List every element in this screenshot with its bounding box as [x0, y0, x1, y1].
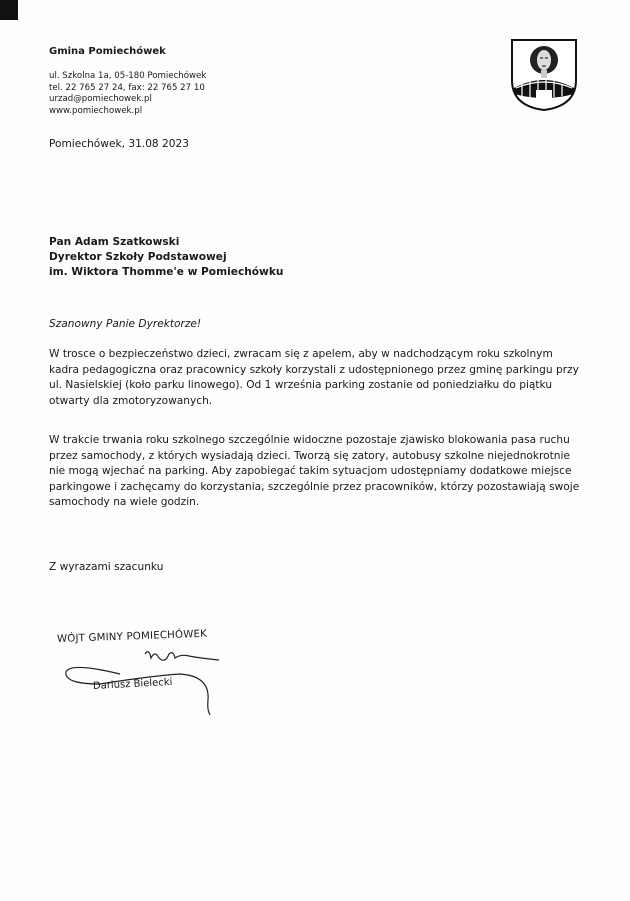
paragraph-2: W trakcie trwania roku szkolnego szczegó… — [49, 433, 609, 511]
text-line: W trakcie trwania roku szkolnego szczegó… — [49, 433, 609, 449]
recipient-block: Pan Adam Szatkowski Dyrektor Szkoły Pods… — [49, 235, 283, 280]
recipient-school: im. Wiktora Thomme'e w Pomiechówku — [49, 265, 283, 280]
sender-name: Gmina Pomiechówek — [49, 46, 166, 57]
scan-corner-mark — [0, 0, 18, 20]
text-line: ul. Nasielskiej (koło parku linowego). O… — [49, 378, 609, 394]
recipient-name: Pan Adam Szatkowski — [49, 235, 283, 250]
text-line: kadra pedagogiczna oraz pracownicy szkoł… — [49, 363, 609, 379]
paragraph-1: W trosce o bezpieczeństwo dzieci, zwraca… — [49, 347, 609, 409]
text-line: otwarty dla zmotoryzowanych. — [49, 394, 609, 410]
coat-of-arms-icon — [508, 36, 580, 112]
text-line: parkingowe i zachęcamy do korzystania, s… — [49, 480, 609, 496]
closing-phrase: Z wyrazami szacunku — [49, 561, 163, 573]
text-line: W trosce o bezpieczeństwo dzieci, zwraca… — [49, 347, 609, 363]
salutation: Szanowny Panie Dyrektorze! — [49, 318, 201, 330]
text-line: nie mogą wjechać na parking. Aby zapobie… — [49, 464, 609, 480]
text-line: samochody na wiele godzin. — [49, 495, 609, 511]
sender-address: ul. Szkolna 1a, 05-180 Pomiechówek tel. … — [49, 71, 206, 117]
recipient-title: Dyrektor Szkoły Podstawowej — [49, 250, 283, 265]
email-line: urzad@pomiechowek.pl — [49, 94, 206, 106]
letter-date: Pomiechówek, 31.08 2023 — [49, 138, 189, 150]
text-line: przez samochody, z których wysiadają dzi… — [49, 449, 609, 465]
website-line: www.pomiechowek.pl — [49, 106, 206, 118]
phone-line: tel. 22 765 27 24, fax: 22 765 27 10 — [49, 83, 206, 95]
address-line: ul. Szkolna 1a, 05-180 Pomiechówek — [49, 71, 206, 83]
